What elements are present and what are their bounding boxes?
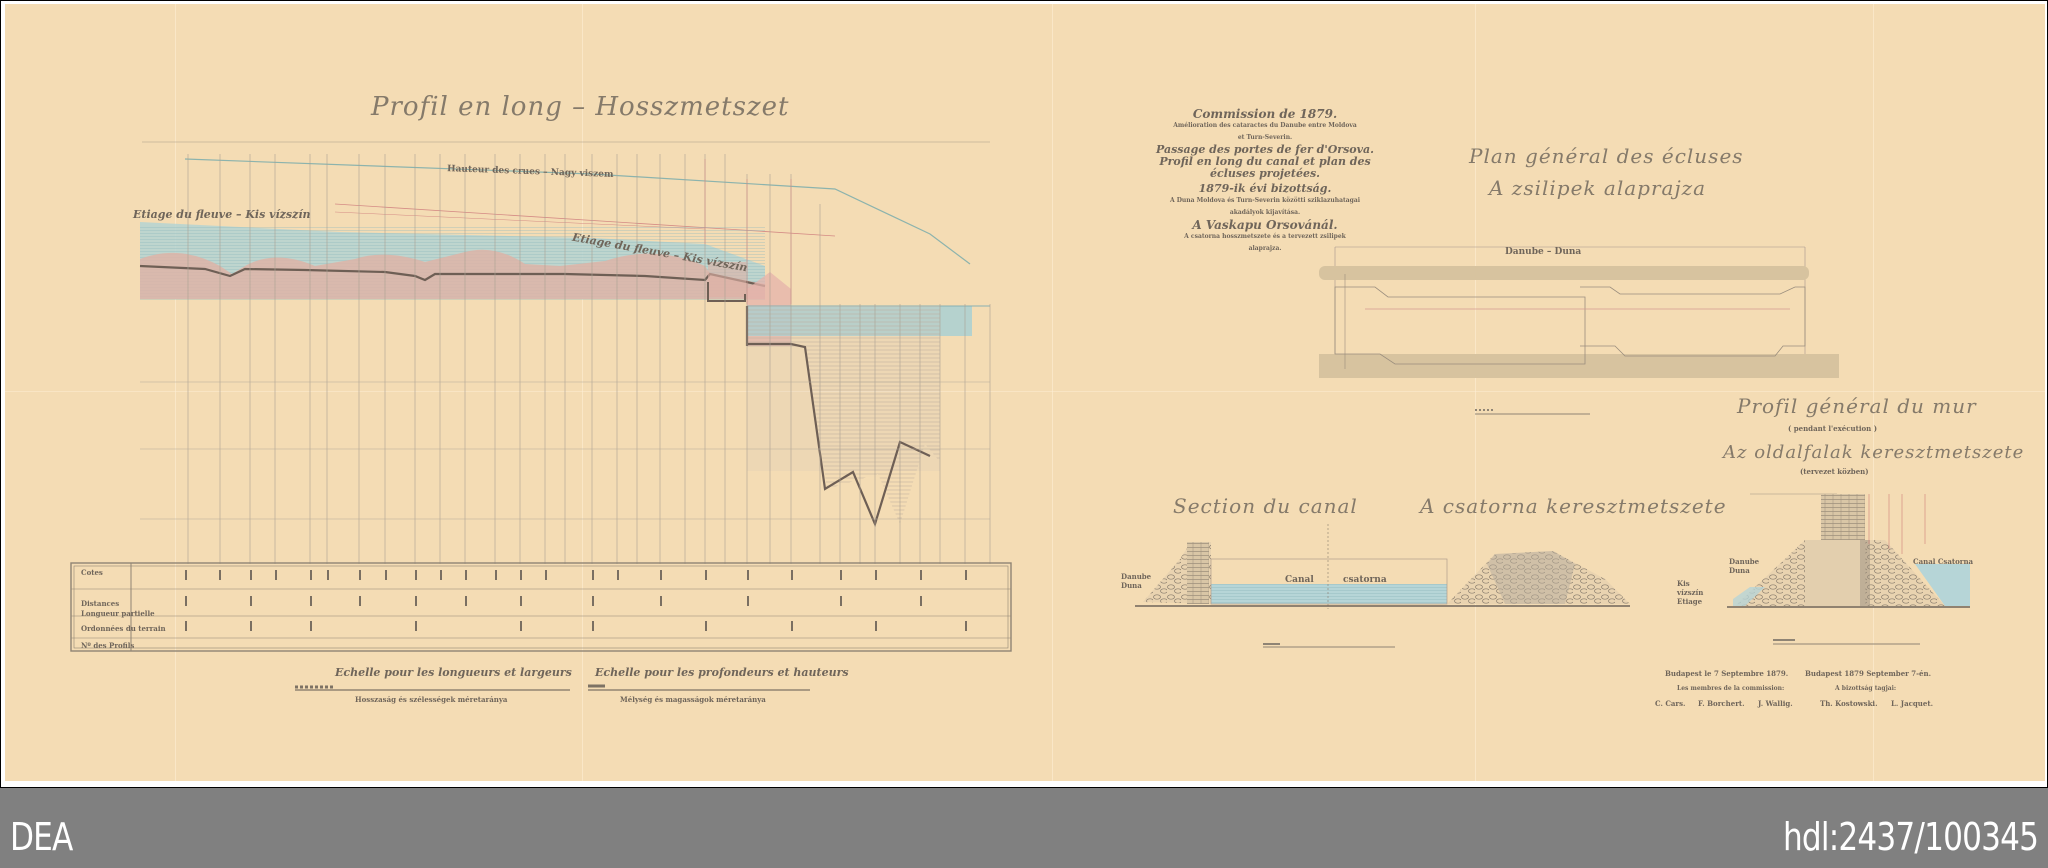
footer-source-label: DEA: [10, 815, 73, 859]
commission-line: A csatorna hosszmetszete és a tervezett …: [1155, 231, 1375, 243]
table-header-partial: Longueur partielle: [81, 609, 155, 618]
document-paper: Profil en long – Hosszmetszet Hauteur de…: [5, 4, 2045, 781]
wall-low-water-label: Kis vízszín Etiage: [1677, 579, 1717, 606]
signature-members-hu: A bizottság tagjai:: [1835, 685, 1896, 692]
signature-name: J. Wallig.: [1758, 699, 1793, 708]
technical-drawing: [5, 4, 2045, 781]
table-header-profiles: Nº des Profils: [81, 641, 134, 650]
profile-wall-title-hu: Az oldalfalak keresztmetszete: [1723, 442, 2024, 463]
profile-wall-subtitle-hu: (tervezet közben): [1800, 467, 1869, 476]
river-label: Danube – Duna: [1505, 247, 1581, 257]
plan-locks-drawing: [1319, 247, 1839, 414]
section-canal-title-hu: A csatorna keresztmetszete: [1420, 494, 1727, 518]
signature-name: F. Borchert.: [1698, 699, 1745, 708]
document-frame: Profil en long – Hosszmetszet Hauteur de…: [0, 0, 2048, 788]
signature-members-fr: Les membres de la commission:: [1677, 685, 1784, 692]
commission-line: Commission de 1879.: [1155, 108, 1375, 120]
csatorna-label: csatorna: [1343, 575, 1387, 585]
profile-wall-title-fr: Profil général du mur: [1737, 394, 1977, 418]
high-water-label: Etiage du fleuve – Kis vízszín: [133, 208, 311, 221]
canal-river-label: Danube Duna: [1121, 572, 1153, 590]
signature-place-date-hu: Budapest 1879 September 7-én.: [1805, 669, 1931, 678]
commission-line: alaprajza.: [1155, 243, 1375, 255]
table-header-cotes: Cotes: [81, 569, 127, 577]
canal-label: Canal: [1285, 575, 1314, 585]
section-canal-title-fr: Section du canal: [1173, 494, 1358, 518]
scale-lengths-title: Echelle pour les longueurs et largeurs: [335, 666, 572, 679]
commission-text-block: Commission de 1879. Amélioration des cat…: [1155, 108, 1375, 255]
scale-depths-subtitle: Mélység és magasságok méretaránya: [620, 695, 766, 704]
plan-locks-title-hu: A zsilipek alaprajza: [1489, 176, 1706, 200]
profile-long-title: Profil en long – Hosszmetszet: [371, 92, 789, 122]
plan-locks-title-fr: Plan général des écluses: [1469, 144, 1744, 168]
table-header-ordinates: Ordonnées du terrain: [81, 624, 166, 633]
signature-place-date-fr: Budapest le 7 Septembre 1879.: [1665, 669, 1788, 678]
wall-right-label: Canal Csatorna: [1913, 557, 1973, 566]
signature-name: C. Cars.: [1655, 699, 1686, 708]
commission-line: Amélioration des cataractes du Danube en…: [1155, 120, 1375, 132]
scale-lengths-subtitle: Hosszaság és szélességek méretaránya: [355, 695, 507, 704]
wall-left-label: Danube Duna: [1729, 557, 1769, 575]
commission-line: A Duna Moldova és Turn-Severin közötti s…: [1155, 195, 1375, 207]
signature-name: L. Jacquet.: [1891, 699, 1933, 708]
commission-line: A Vaskapu Orsovánál.: [1155, 219, 1375, 231]
profile-long-drawing: [71, 142, 1011, 690]
table-header-distances: Distances: [81, 599, 119, 608]
section-canal-drawing: [1135, 524, 1630, 647]
commission-line: 1879-ik évi bizottság.: [1155, 183, 1375, 195]
signature-name: Th. Kostowski.: [1820, 699, 1878, 708]
profile-wall-subtitle-fr: ( pendant l'exécution ): [1788, 424, 1877, 433]
footer-handle-link[interactable]: hdl:2437/100345: [1783, 815, 2038, 859]
commission-line: écluses projetées.: [1155, 168, 1375, 180]
scale-depths-title: Echelle pour les profondeurs et hauteurs: [595, 666, 849, 679]
footer-bar: DEA hdl:2437/100345: [0, 788, 2048, 868]
